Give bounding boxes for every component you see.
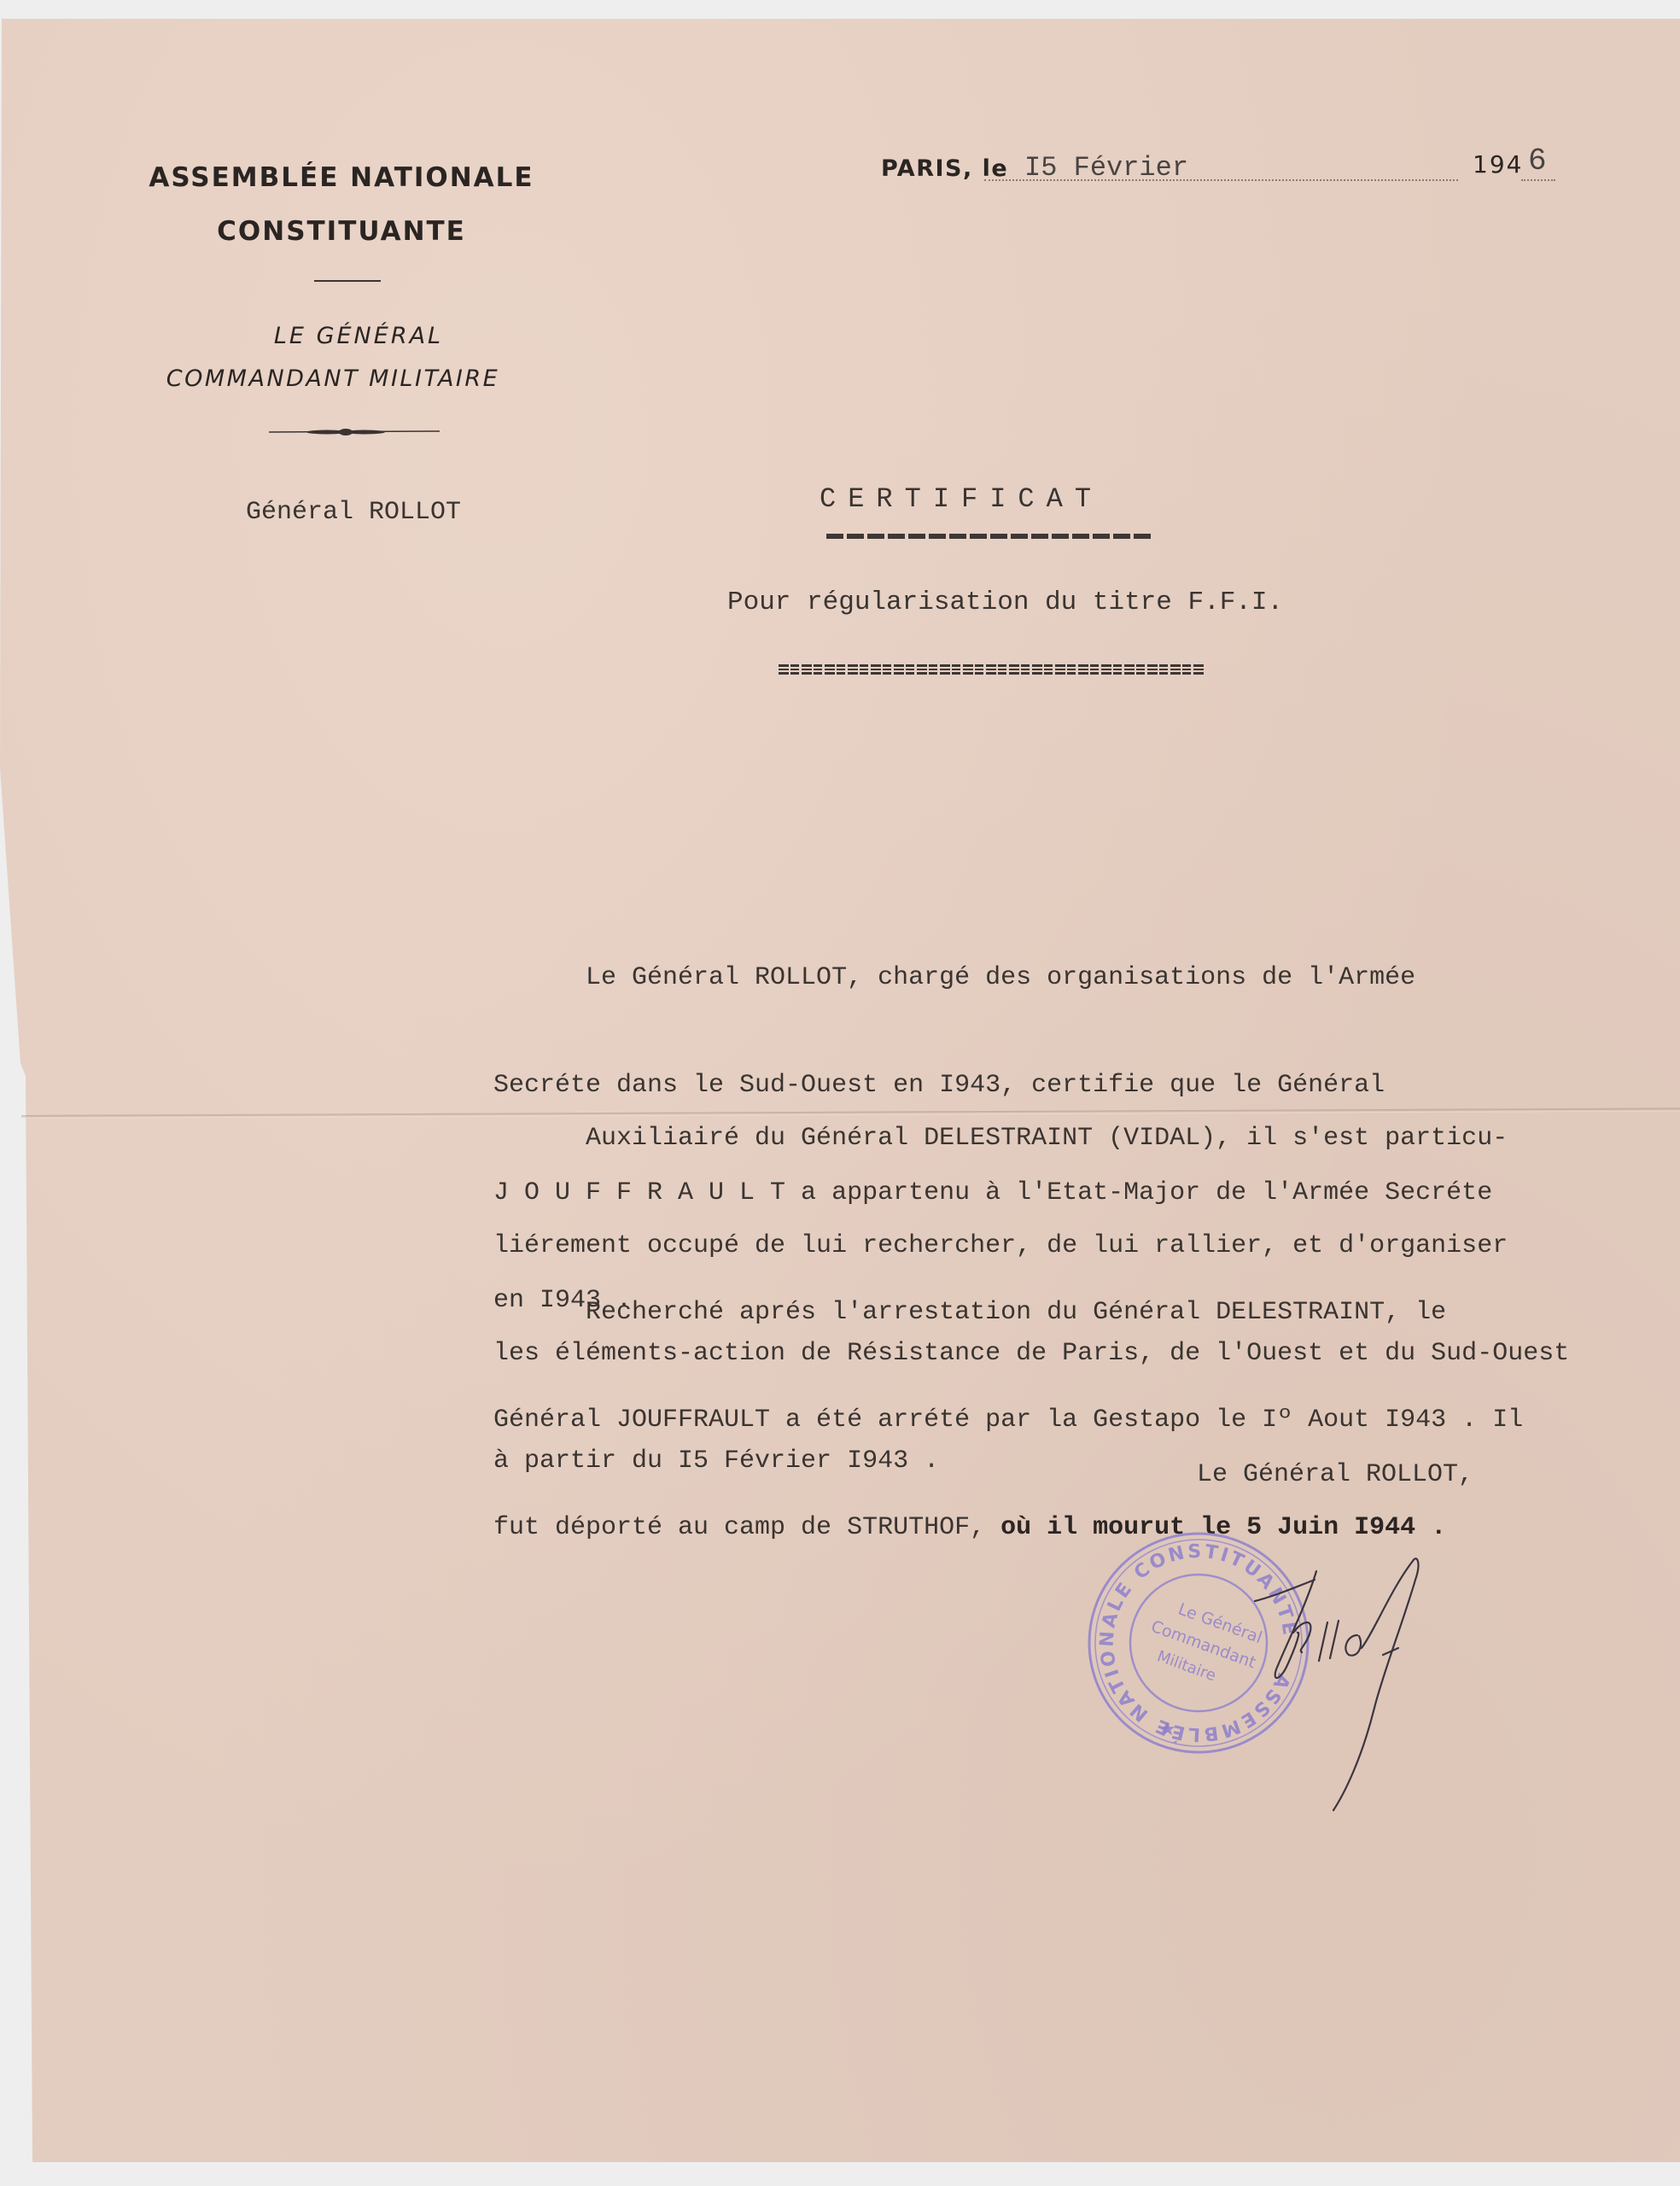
letterhead-assembly-name-2: CONSTITUANTE [128, 216, 555, 247]
body-line-text: fut déporté au camp de STRUTHOF, [493, 1513, 1000, 1542]
heading-underline [826, 534, 1153, 539]
letterhead-divider [314, 280, 381, 282]
letterhead-assembly-name: ASSEMBLÉE NATIONALE [128, 162, 555, 193]
letterhead-title-2: COMMANDANT MILITAIRE [102, 365, 563, 392]
dateline: PARIS, le I5 Février 194 6 [879, 152, 1562, 195]
sender-name: Général ROLLOT [246, 498, 461, 527]
certificate-subtitle: Pour régularisation du titre F.F.I. [727, 587, 1283, 617]
date-day-month: I5 Février [1024, 152, 1188, 184]
closing-signatory: Le Général ROLLOT, [1197, 1460, 1473, 1489]
date-city: PARIS, le [881, 155, 1008, 182]
svg-text:★: ★ [1159, 1719, 1176, 1740]
body-line: Recherché aprés l'arrestation du Général… [493, 1295, 1680, 1330]
date-year-digit: 6 [1528, 143, 1547, 178]
date-year-dots [1521, 179, 1555, 181]
letterhead-title-1: LE GÉNÉRAL [111, 323, 606, 349]
ornament-divider-icon [269, 425, 440, 439]
certificate-heading: CERTIFICAT [820, 483, 1103, 515]
subtitle-decorative-rule [779, 664, 1204, 675]
body-line: Général JOUFFRAULT a été arrété par la G… [493, 1402, 1680, 1438]
date-year-prefix: 194 [1473, 150, 1523, 178]
body-line: Le Général ROLLOT, chargé des organisati… [493, 960, 1680, 996]
body-paragraph-3: Recherché aprés l'arrestation du Général… [493, 1223, 1680, 1581]
body-line: Auxiliairé du Général DELESTRAINT (VIDAL… [493, 1120, 1680, 1156]
handwritten-signature-icon [1246, 1554, 1443, 1819]
